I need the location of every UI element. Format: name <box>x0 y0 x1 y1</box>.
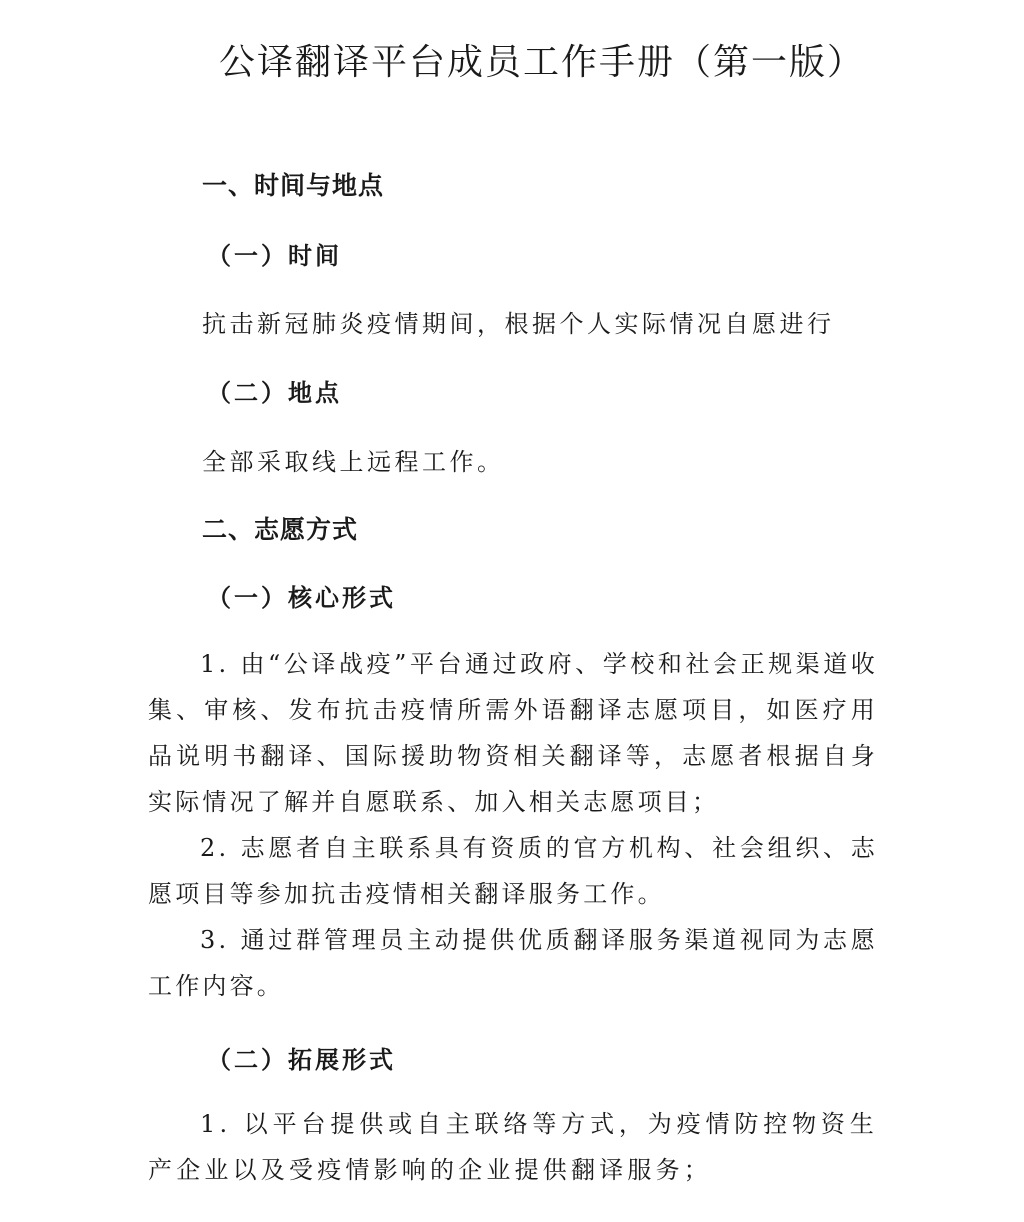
extended-form-item-1: 1. 以平台提供或自主联络等方式，为疫情防控物资生产企业以及受疫情影响的企业提供… <box>148 1101 878 1193</box>
core-form-item-2: 2. 志愿者自主联系具有资质的官方机构、社会组织、志愿项目等参加抗击疫情相关翻译… <box>148 825 878 917</box>
document-title: 公译翻译平台成员工作手册（第一版） <box>0 34 1024 85</box>
subsection-heading-core-form: （一）核心形式 <box>207 578 396 613</box>
core-form-item-3: 3. 通过群管理员主动提供优质翻译服务渠道视同为志愿工作内容。 <box>148 917 878 1009</box>
time-body-text: 抗击新冠肺炎疫情期间，根据个人实际情况自愿进行 <box>202 304 835 339</box>
section-heading-time-place: 一、时间与地点 <box>202 166 384 202</box>
subsection-heading-extended-form: （二）拓展形式 <box>207 1040 396 1075</box>
subsection-heading-place: （二）地点 <box>207 373 342 408</box>
subsection-heading-time: （一）时间 <box>207 236 342 271</box>
place-body-text: 全部采取线上远程工作。 <box>202 442 505 477</box>
document-page: 公译翻译平台成员工作手册（第一版） 一、时间与地点 （一）时间 抗击新冠肺炎疫情… <box>0 0 1024 1222</box>
core-form-item-1: 1. 由“公译战疫”平台通过政府、学校和社会正规渠道收集、审核、发布抗击疫情所需… <box>148 641 878 825</box>
section-heading-volunteer-methods: 二、志愿方式 <box>202 510 358 546</box>
